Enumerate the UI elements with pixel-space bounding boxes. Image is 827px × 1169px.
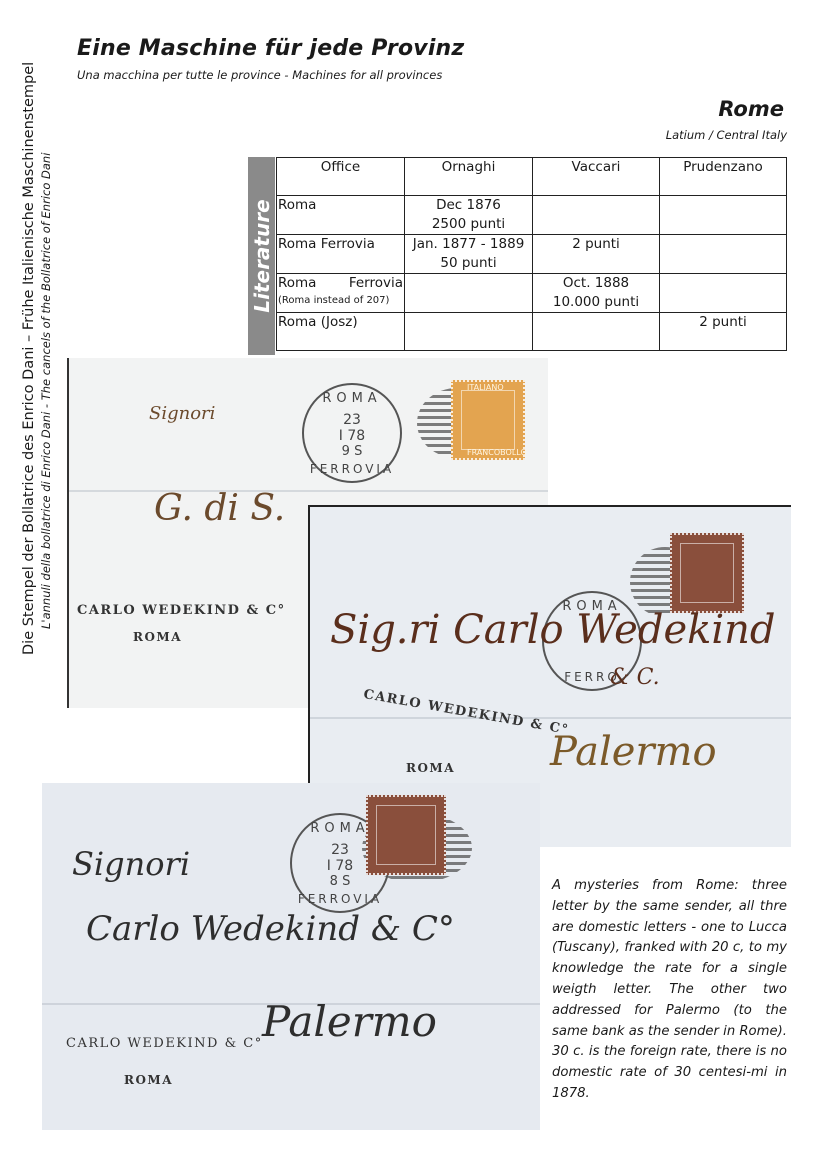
sender-city-handstamp: ROMA	[133, 630, 182, 644]
address-line: & C.	[610, 665, 660, 690]
table-row: Roma Ferrovia (Roma instead of 207) Oct.…	[277, 274, 787, 313]
description-note: A mysteries from Rome: three letter by t…	[552, 876, 787, 1105]
prudenzano-cell	[660, 235, 787, 274]
cover-image-palermo-2: ROMA 23 I 78 8 S FERROVIA Signori Carlo …	[42, 783, 540, 1130]
address-line: Palermo	[262, 997, 437, 1046]
office-name-part: Roma	[278, 274, 316, 293]
sender-handstamp: CARLO WEDEKIND & C°	[66, 1036, 263, 1051]
office-cell: Roma	[277, 196, 405, 235]
literature-label: Literature	[250, 199, 274, 312]
table-row: Roma (Josz) 2 punti	[277, 313, 787, 351]
column-header-vaccari: Vaccari	[533, 158, 660, 196]
vaccari-points: 2 punti	[534, 235, 658, 254]
address-line: Carlo Wedekind & C°	[86, 909, 455, 949]
ornaghi-date: Dec 1876	[406, 196, 531, 215]
ornaghi-cell	[405, 313, 533, 351]
sender-handstamp: CARLO WEDEKIND & C°	[362, 687, 570, 738]
vaccari-cell	[533, 313, 660, 351]
column-header-ornaghi: Ornaghi	[405, 158, 533, 196]
address-line: Signori	[149, 403, 215, 424]
sender-handstamp: CARLO WEDEKIND & C°	[77, 603, 286, 618]
postmark-roma-ferrovia: ROMA 23 I 78 9 S FERROVIA	[302, 383, 402, 483]
table-row: Roma Ferrovia Jan. 1877 - 1889 50 punti …	[277, 235, 787, 274]
stamp-20c-orange: ITALIANO FRANCOBOLLO	[451, 380, 525, 460]
sender-city-handstamp: ROMA	[406, 761, 455, 775]
ornaghi-date: Jan. 1877 - 1889	[406, 235, 531, 254]
sender-city-handstamp: ROMA	[124, 1073, 173, 1087]
series-subtitle: L'annuli della bollatrice di Enrico Dani…	[38, 35, 54, 655]
address-line: Signori	[72, 845, 190, 883]
office-name-part: Ferrovia	[349, 274, 403, 293]
address-line: Sig.ri Carlo Wedekind	[330, 607, 776, 653]
ornaghi-points: 50 punti	[406, 254, 531, 273]
note-paragraph: 30 c. is the foreign rate, there is no d…	[552, 1042, 787, 1104]
office-cell: Roma Ferrovia	[277, 235, 405, 274]
column-header-prudenzano: Prudenzano	[660, 158, 787, 196]
vaccari-cell: 2 punti	[533, 235, 660, 274]
ornaghi-cell: Jan. 1877 - 1889 50 punti	[405, 235, 533, 274]
ornaghi-cell: Dec 1876 2500 punti	[405, 196, 533, 235]
ornaghi-points: 2500 punti	[406, 215, 531, 234]
office-cell: Roma (Josz)	[277, 313, 405, 351]
vaccari-cell	[533, 196, 660, 235]
address-line: Palermo	[550, 729, 717, 775]
literature-table: Office Ornaghi Vaccari Prudenzano Roma D…	[276, 157, 787, 351]
table-row: Roma Dec 1876 2500 punti	[277, 196, 787, 235]
office-cell: Roma Ferrovia (Roma instead of 207)	[277, 274, 405, 313]
page-title: Eine Maschine für jede Provinz	[77, 36, 464, 61]
vaccari-date: Oct. 1888	[534, 274, 658, 293]
stamp-brown	[366, 795, 446, 875]
vaccari-cell: Oct. 1888 10.000 punti	[533, 274, 660, 313]
page-subtitle: Una macchina per tutte le province - Mac…	[77, 68, 442, 82]
region-subtitle: Latium / Central Italy	[666, 128, 787, 142]
office-note: (Roma instead of 207)	[278, 293, 403, 309]
column-header-office: Office	[277, 158, 405, 196]
series-title: Die Stempel der Bollatrice des Enrico Da…	[20, 35, 38, 655]
note-paragraph: A mysteries from Rome: three letter by t…	[552, 876, 787, 1042]
prudenzano-cell: 2 punti	[660, 313, 787, 351]
stamp-brown	[670, 533, 744, 613]
literature-tab: Literature	[248, 157, 275, 355]
region-title: Rome	[718, 97, 784, 121]
address-line: G. di S.	[154, 488, 285, 529]
ornaghi-cell	[405, 274, 533, 313]
vaccari-points: 10.000 punti	[534, 293, 658, 312]
prudenzano-cell	[660, 196, 787, 235]
prudenzano-cell	[660, 274, 787, 313]
prudenzano-points: 2 punti	[661, 313, 785, 332]
table-header-row: Office Ornaghi Vaccari Prudenzano	[277, 158, 787, 196]
side-title: Die Stempel der Bollatrice des Enrico Da…	[20, 35, 54, 655]
